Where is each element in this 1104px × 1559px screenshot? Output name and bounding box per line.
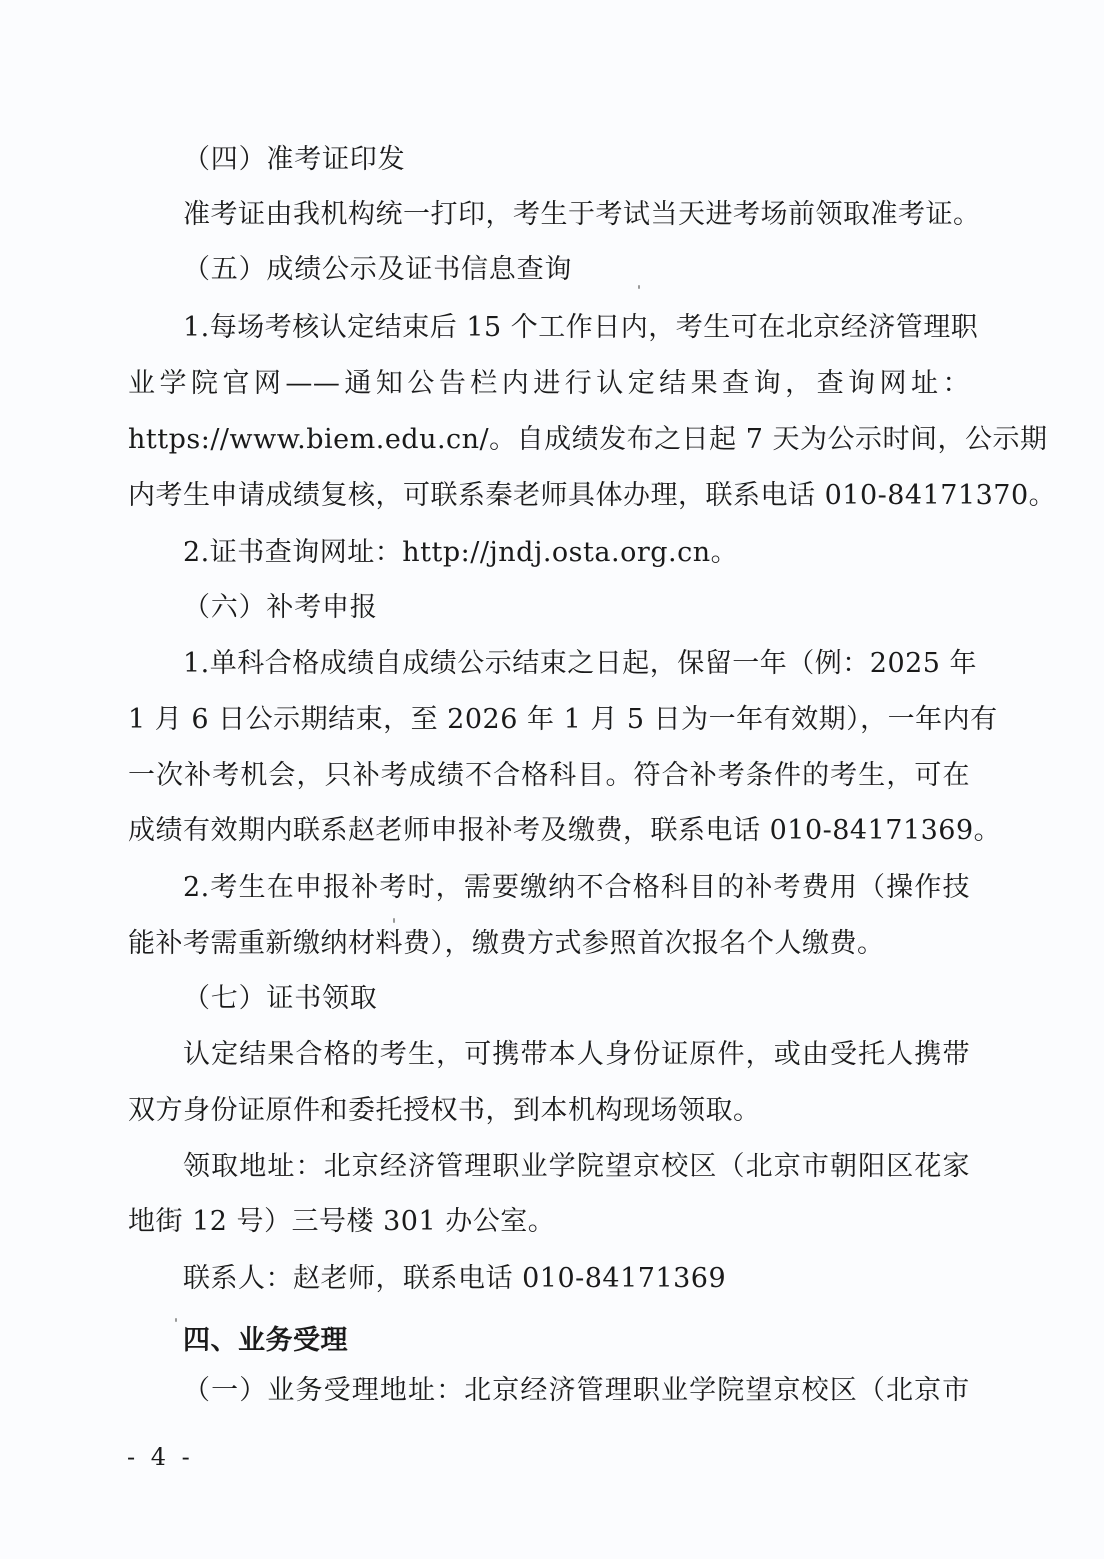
section-heading-makeup-exam: （六）补考申报 (183, 584, 378, 632)
paragraph-line: 双方身份证原件和委托授权书，到本机构现场领取。 (128, 1087, 761, 1135)
paragraph-line: 一次补考机会，只补考成绩不合格科目。符合补考条件的考生，可在 (128, 752, 970, 800)
scan-artifact (638, 285, 640, 289)
paragraph-line: 内考生申请成绩复核，可联系秦老师具体办理，联系电话 010-84171370。 (128, 472, 970, 520)
paragraph-line: 领取地址：北京经济管理职业学院望京校区（北京市朝阳区花家 (183, 1143, 970, 1191)
paragraph-line: 能补考需重新缴纳材料费），缴费方式参照首次报名个人缴费。 (128, 920, 885, 968)
paragraph-line: （一）业务受理地址：北京经济管理职业学院望京校区（北京市 (183, 1367, 970, 1415)
paragraph-contact: 联系人：赵老师，联系电话 010-84171369 (183, 1255, 726, 1303)
paragraph-line: https://www.biem.edu.cn/。自成绩发布之日起 7 天为公示… (128, 416, 970, 464)
section-heading-admission-ticket: （四）准考证印发 (183, 136, 405, 184)
page-number: - 4 - (127, 1442, 194, 1472)
scan-artifact (175, 1318, 177, 1322)
paragraph-line: 1 月 6 日公示期结束，至 2026 年 1 月 5 日为一年有效期），一年内… (128, 696, 970, 744)
scan-artifact (393, 918, 395, 923)
section-heading-score-query: （五）成绩公示及证书信息查询 (183, 246, 572, 294)
paragraph-certificate-query: 2.证书查询网址：http://jndj.osta.org.cn。 (183, 529, 738, 577)
paragraph-line: 1.单科合格成绩自成绩公示结束之日起，保留一年（例：2025 年 (183, 640, 970, 688)
paragraph-line: 2.考生在申报补考时，需要缴纳不合格科目的补考费用（操作技 (183, 864, 970, 912)
paragraph-line: 认定结果合格的考生，可携带本人身份证原件，或由受托人携带 (183, 1031, 970, 1079)
paragraph-admission-ticket: 准考证由我机构统一打印，考生于考试当天进考场前领取准考证。 (183, 191, 981, 239)
section-heading-certificate-collection: （七）证书领取 (183, 975, 378, 1023)
paragraph-line: 1.每场考核认定结束后 15 个工作日内，考生可在北京经济管理职 (183, 304, 970, 352)
paragraph-line: 地街 12 号）三号楼 301 办公室。 (128, 1198, 555, 1246)
paragraph-line: 成绩有效期内联系赵老师申报补考及缴费，联系电话 010-84171369。 (128, 807, 1001, 855)
part-heading-business-acceptance: 四、业务受理 (183, 1317, 348, 1365)
paragraph-line: 业学院官网——通知公告栏内进行认定结果查询，查询网址： (128, 360, 970, 408)
